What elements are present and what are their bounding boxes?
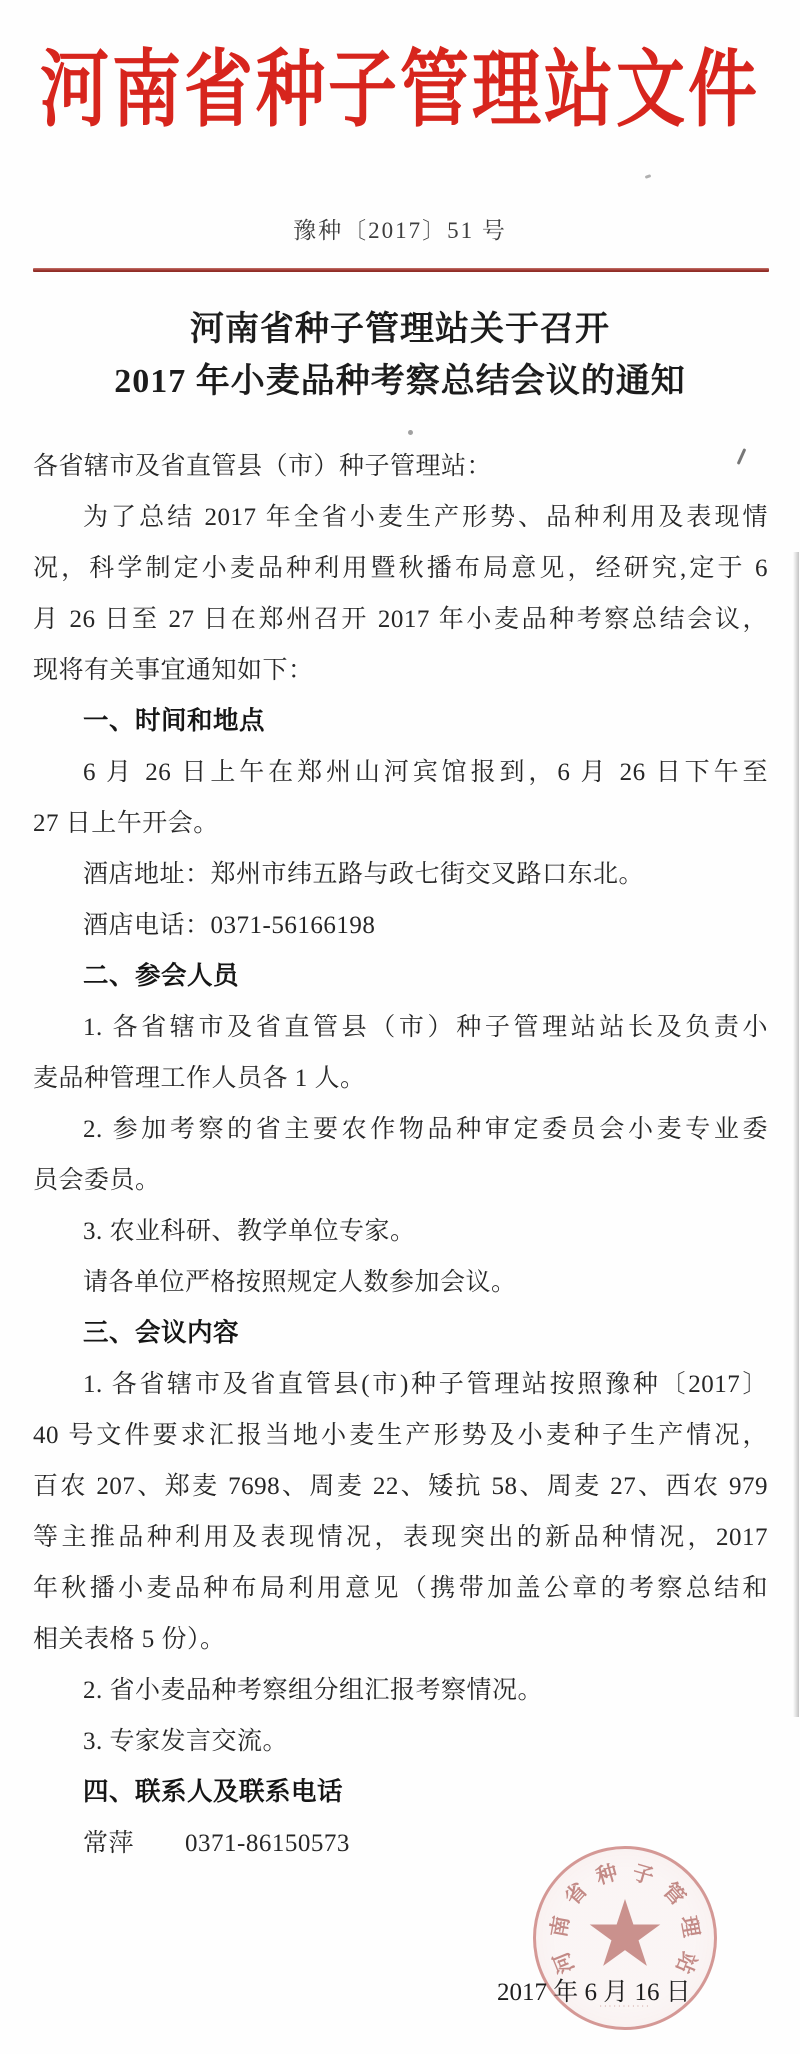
scan-edge-shadow — [793, 552, 799, 1717]
body-line: 百农 207、郑麦 7698、周麦 22、矮抗 58、周麦 27、西农 979 — [33, 1461, 768, 1512]
seal-text-char: 站 — [671, 1947, 702, 1978]
body-line: 各省辖市及省直管县（市）种子管理站： — [33, 441, 768, 492]
seal-text-char: 河 — [548, 1947, 579, 1978]
body-line: 酒店电话：0371-56166198 — [33, 900, 768, 951]
body-line: 27 日上午开会。 — [33, 798, 768, 849]
seal-text-char: 理 — [676, 1913, 704, 1941]
section-heading: 一、时间和地点 — [33, 696, 768, 747]
scanned-official-document: 河南省种子管理站文件 豫种〔2017〕51 号 河南省种子管理站关于召开 201… — [0, 0, 800, 2054]
document-title-line-2: 2017 年小麦品种考察总结会议的通知 — [0, 356, 800, 408]
body-line: 年秋播小麦品种布局利用意见（携带加盖公章的考察总结和 — [33, 1563, 768, 1614]
body-line: 月 26 日至 27 日在郑州召开 2017 年小麦品种考察总结会议， — [33, 594, 768, 645]
body-line: 现将有关事宜通知如下： — [33, 645, 768, 696]
document-number: 豫种〔2017〕51 号 — [0, 212, 800, 245]
body-line: 麦品种管理工作人员各 1 人。 — [33, 1053, 768, 1104]
body-line: 请各单位严格按照规定人数参加会议。 — [33, 1257, 768, 1308]
body-line: 员会委员。 — [33, 1155, 768, 1206]
section-heading: 三、会议内容 — [33, 1308, 768, 1359]
scan-dot-mark — [408, 430, 413, 435]
body-line: 等主推品种利用及表现情况，表现突出的新品种情况，2017 — [33, 1512, 768, 1563]
document-title-line-1: 河南省种子管理站关于召开 — [0, 304, 800, 356]
document-body: 各省辖市及省直管县（市）种子管理站：为了总结 2017 年全省小麦生产形势、品种… — [33, 441, 768, 1869]
body-line: 3. 农业科研、教学单位专家。 — [33, 1206, 768, 1257]
document-title: 河南省种子管理站关于召开 2017 年小麦品种考察总结会议的通知 — [0, 304, 800, 408]
seal-star-icon: ★ — [584, 1888, 666, 1980]
issue-date: 2017 年 6 月 16 日 — [497, 1978, 691, 2008]
letterhead: 河南省种子管理站文件 — [30, 22, 770, 121]
body-line: 40 号文件要求汇报当地小麦生产形势及小麦种子生产情况， — [33, 1410, 768, 1461]
section-heading: 二、参会人员 — [33, 951, 768, 1002]
scan-speck — [645, 174, 652, 179]
body-line: 2. 省小麦品种考察组分组汇报考察情况。 — [33, 1665, 768, 1716]
letterhead-title: 河南省种子管理站文件 — [40, 22, 760, 143]
body-line: 1. 各省辖市及省直管县（市）种子管理站站长及负责小 — [33, 1002, 768, 1053]
seal-text-char: 南 — [546, 1913, 574, 1941]
body-line: 2. 参加考察的省主要农作物品种审定委员会小麦专业委 — [33, 1104, 768, 1155]
body-line: 酒店地址：郑州市纬五路与政七街交叉路口东北。 — [33, 849, 768, 900]
red-divider-line — [33, 268, 769, 272]
body-line: 况，科学制定小麦品种利用暨秋播布局意见，经研究,定于 6 — [33, 543, 768, 594]
body-line: 6 月 26 日上午在郑州山河宾馆报到，6 月 26 日下午至 — [33, 747, 768, 798]
body-line: 1. 各省辖市及省直管县(市)种子管理站按照豫种〔2017〕 — [33, 1359, 768, 1410]
body-line: 为了总结 2017 年全省小麦生产形势、品种利用及表现情 — [33, 492, 768, 543]
section-heading: 四、联系人及联系电话 — [33, 1767, 768, 1818]
body-line: 相关表格 5 份）。 — [33, 1614, 768, 1665]
body-line: 3. 专家发言交流。 — [33, 1716, 768, 1767]
